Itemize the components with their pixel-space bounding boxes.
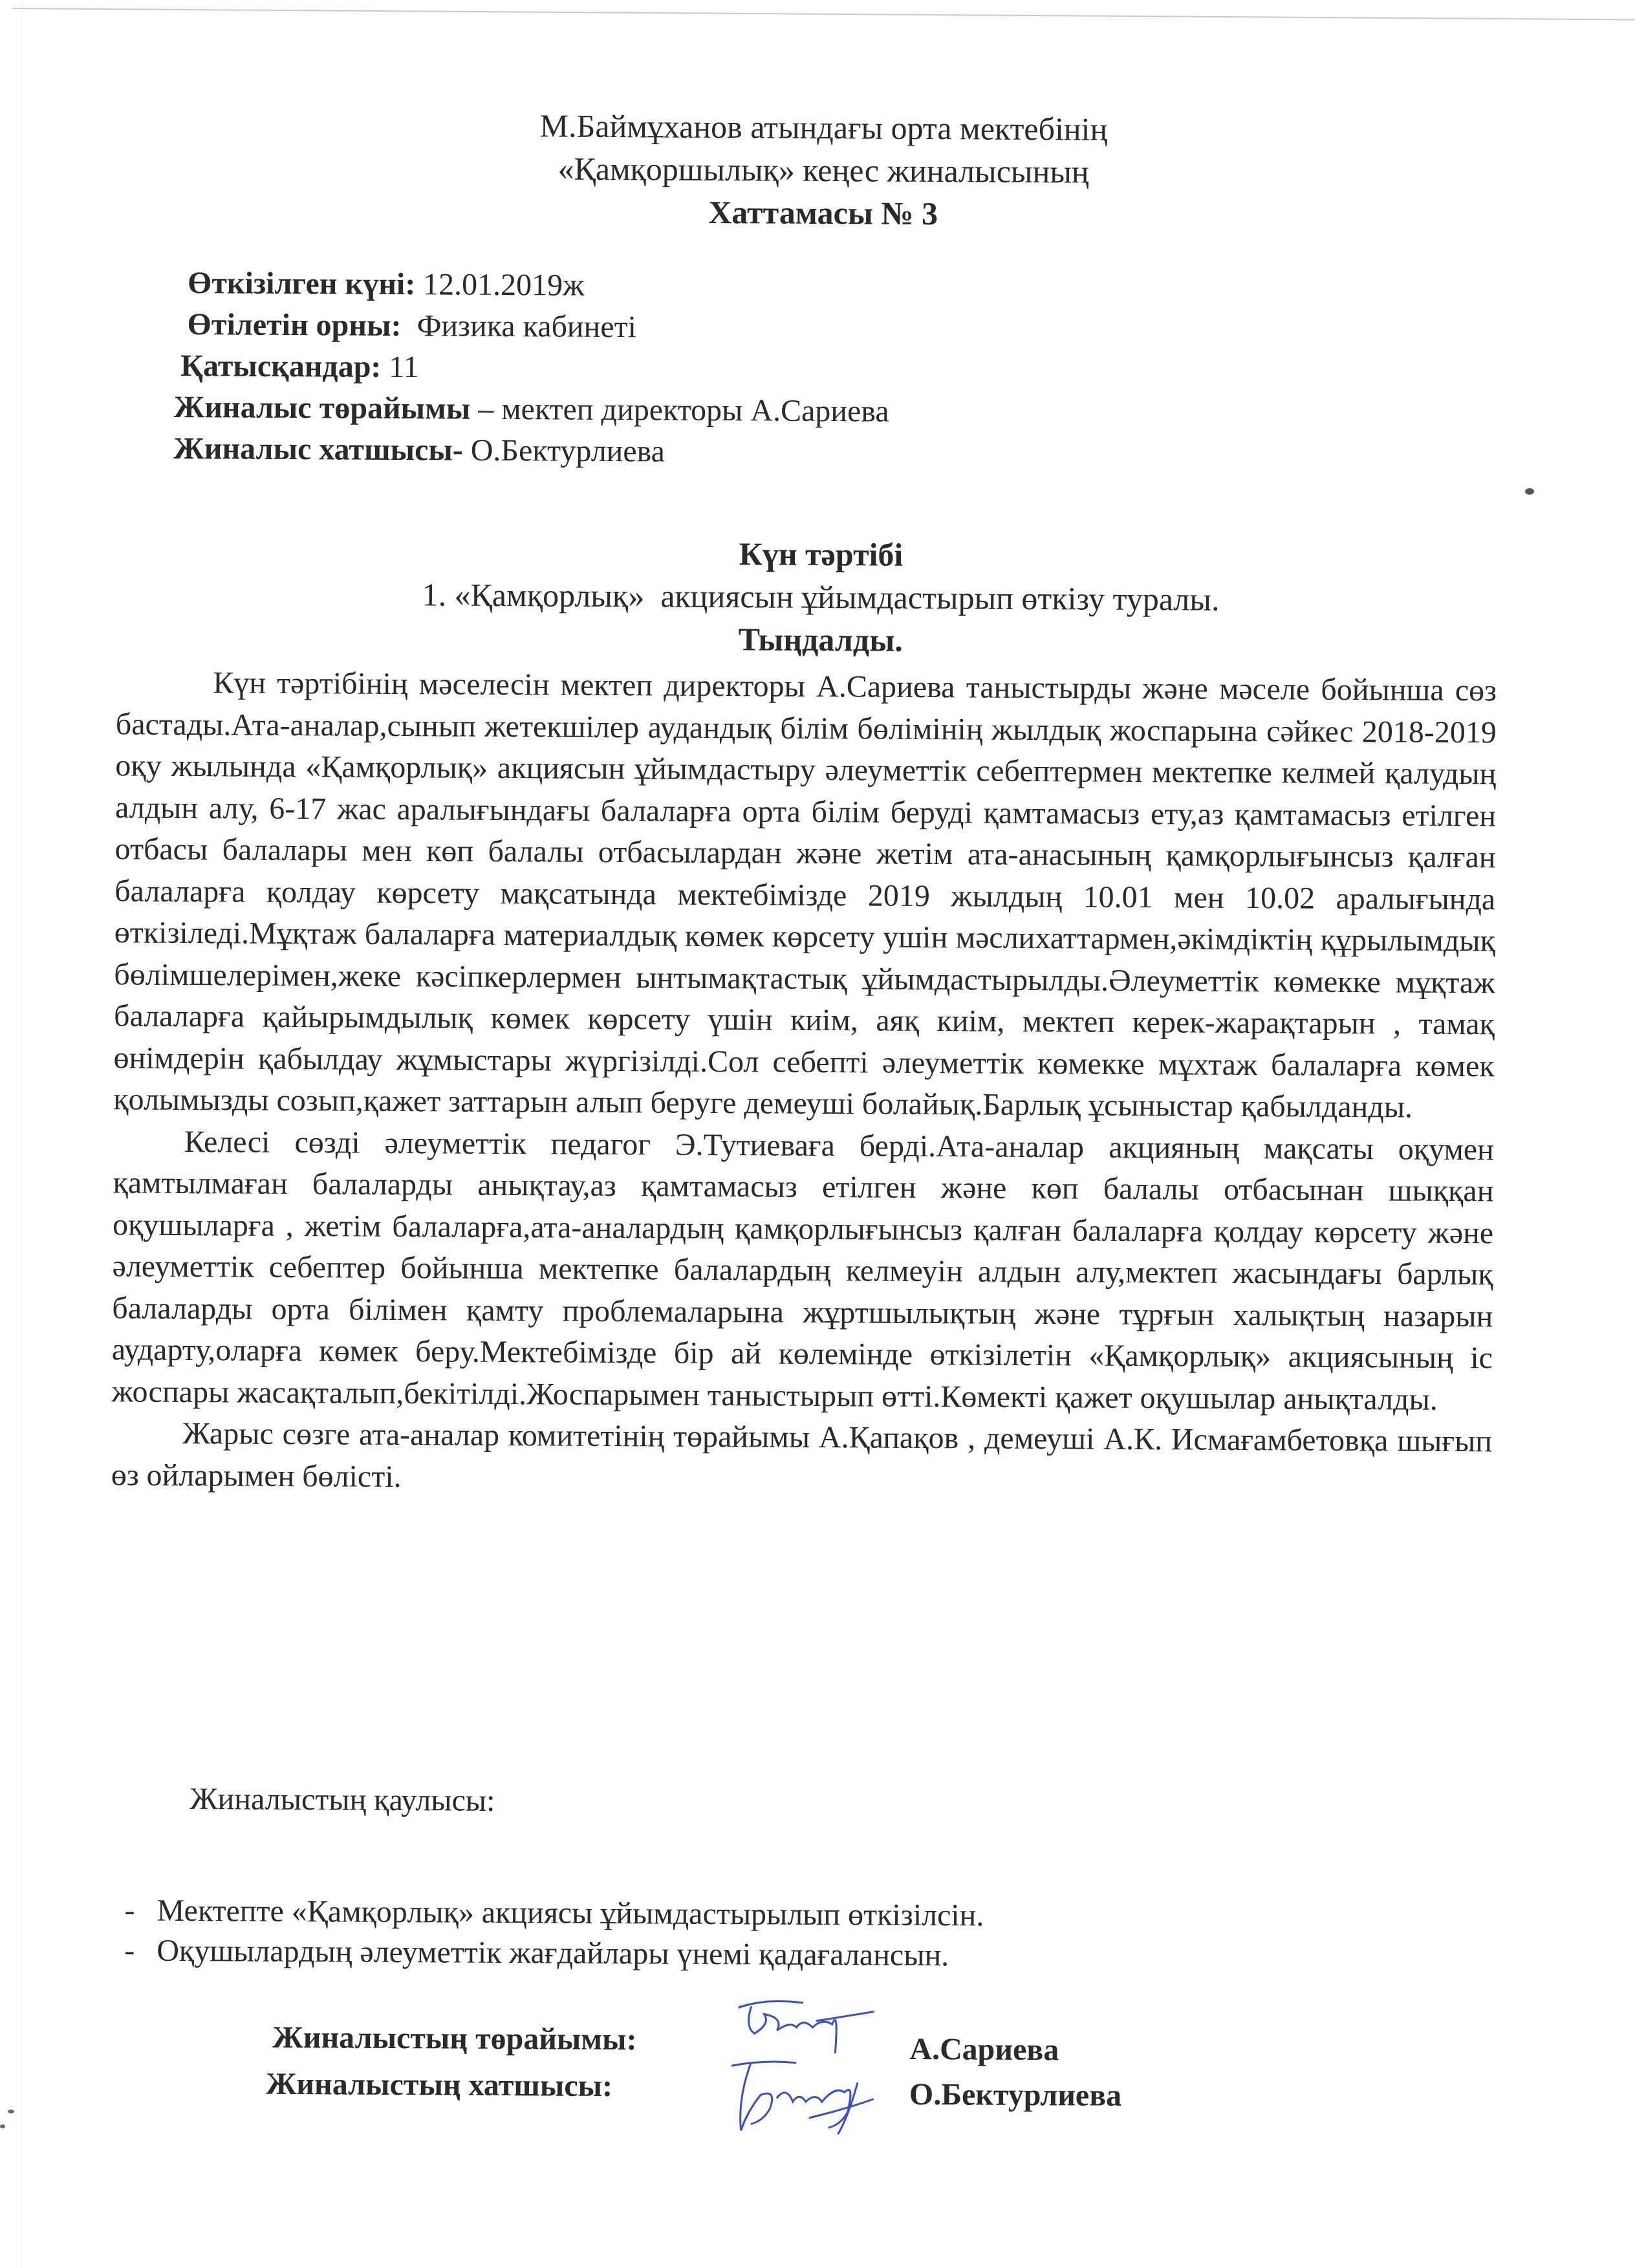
header-line-2: «Қамқоршылық» кеңес жиналысының bbox=[6, 145, 1635, 195]
meta-secretary: Жиналыс хатшысы- О.Бектурлиева bbox=[173, 428, 889, 474]
resolution-item: Мектепте «Қамқорлық» акциясы ұйымдастыры… bbox=[124, 1890, 984, 1936]
resolution-title: Жиналыстың қаулысы: bbox=[190, 1781, 495, 1819]
meta-chair-label: Жиналыс төрайымы bbox=[174, 390, 471, 426]
meta-chair-value: – мектеп директоры А.Сариева bbox=[470, 392, 889, 429]
agenda-title: Күн тәртібі bbox=[3, 529, 1635, 579]
agenda-item: 1. «Қамқорлық» акциясын ұйымдастырып өтк… bbox=[3, 572, 1635, 621]
chair-sign-label: Жиналыстың төрайымы: bbox=[272, 2020, 637, 2057]
paragraph-director: Күн тәртібінің мәселесін мектеп директор… bbox=[113, 662, 1497, 1129]
chair-sign-name: А.Сариева bbox=[909, 2031, 1059, 2068]
meta-date-value: 12.01.2019ж bbox=[415, 267, 584, 303]
paragraph-discussion: Жарыс сөзге ата-аналар комитетінің төрай… bbox=[111, 1412, 1493, 1504]
meta-attendees: Қатысқандар: 11 bbox=[180, 345, 889, 391]
heard-title: Тыңдалды. bbox=[3, 614, 1635, 664]
meta-date-label: Өткізілген күні: bbox=[188, 266, 416, 301]
resolution-list: Мектепте «Қамқорлық» акциясы ұйымдастыры… bbox=[124, 1890, 984, 1976]
meta-place: Өтілетін орны: Физика кабинеті bbox=[187, 304, 889, 350]
meeting-meta: Өткізілген күні: 12.01.2019ж Өтілетін ор… bbox=[186, 263, 890, 474]
document-title: Хаттамасы № 3 bbox=[6, 188, 1635, 237]
scan-speck bbox=[0, 2124, 5, 2128]
meta-place-value: Физика кабинеті bbox=[401, 308, 636, 344]
scan-speck bbox=[1525, 488, 1534, 495]
meta-attendees-label: Қатысқандар: bbox=[180, 349, 382, 384]
secretary-sign-name: О.Бектурлиева bbox=[909, 2077, 1122, 2113]
document-page: М.Баймұханов атындағы орта мектебінің «Қ… bbox=[0, 0, 1635, 2268]
secretary-sign-label: Жиналыстың хатшысы: bbox=[266, 2066, 612, 2104]
meta-chair: Жиналыс төрайымы – мектеп директоры А.Са… bbox=[174, 387, 889, 433]
secretary-signature-icon bbox=[725, 2046, 920, 2138]
meta-secretary-value: О.Бектурлиева bbox=[463, 433, 666, 469]
meta-place-label: Өтілетін орны: bbox=[187, 307, 401, 343]
paragraph-social-pedagog: Келесі сөзді әлеуметтік педагог Э.Тутиев… bbox=[111, 1121, 1494, 1421]
header-line-1: М.Баймұханов атындағы орта мектебінің bbox=[6, 102, 1635, 152]
meta-date: Өткізілген күні: 12.01.2019ж bbox=[188, 263, 890, 308]
resolution-item: Оқушылардың әлеуметтік жағдайлары үнемі … bbox=[124, 1930, 984, 1976]
scan-speck bbox=[8, 2110, 14, 2113]
heard-body: Күн тәртібінің мәселесін мектеп директор… bbox=[111, 662, 1497, 1504]
meta-attendees-value: 11 bbox=[381, 350, 419, 384]
meta-secretary-label: Жиналыс хатшысы- bbox=[173, 431, 463, 468]
